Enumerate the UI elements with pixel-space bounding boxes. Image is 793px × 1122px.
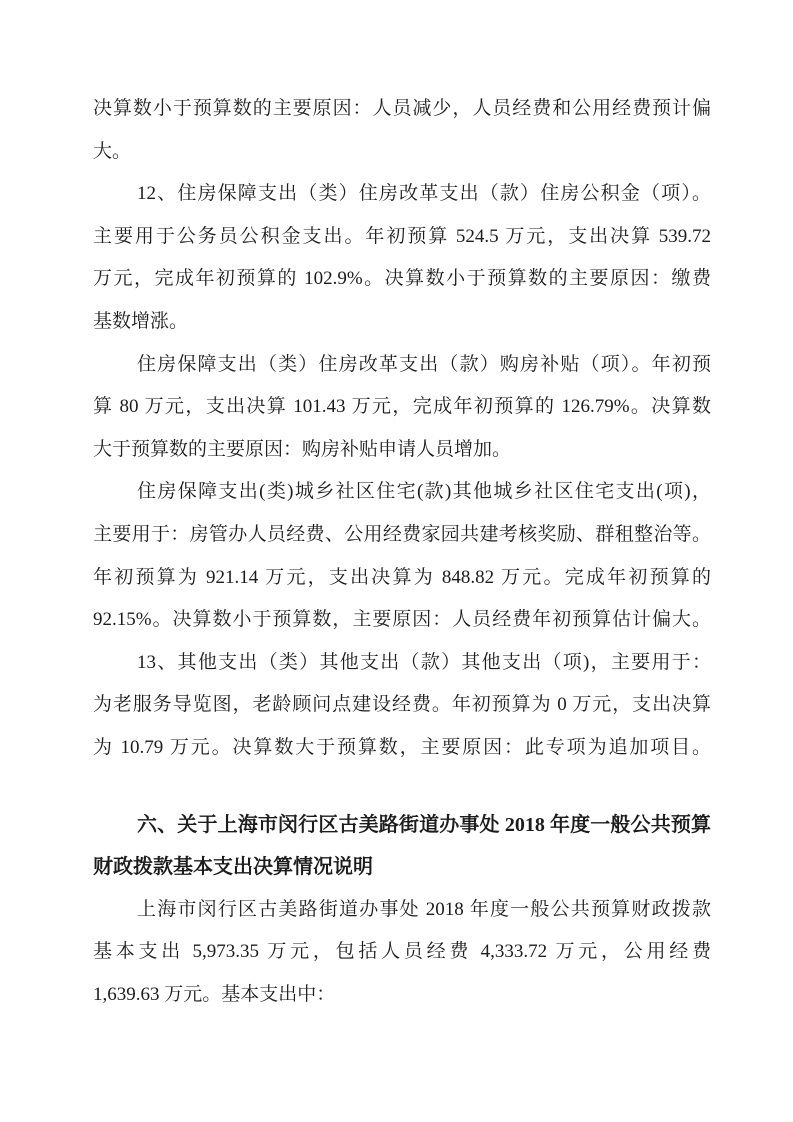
text-line: 主要用于：房管办人员经费、公用经费家园共建考核奖励、群租整治等。 [93, 514, 711, 557]
text-line: 1,639.63 万元。基本支出中： [93, 974, 711, 1017]
section-heading-line: 财政拨款基本支出决算情况说明 [93, 846, 711, 889]
text-line: 13、其他支出（类）其他支出（款）其他支出（项)，主要用于： [93, 642, 711, 685]
text-line: 万元，完成年初预算的 102.9%。决算数小于预算数的主要原因：缴费 [93, 258, 711, 301]
text-line: 决算数小于预算数的主要原因：人员减少，人员经费和公用经费预计偏 [93, 88, 711, 131]
text-line: 大于预算数的主要原因：购房补贴申请人员增加。 [93, 429, 711, 472]
text-line: 为 10.79 万元。决算数大于预算数，主要原因：此专项为追加项目。 [93, 727, 711, 770]
text-line: 92.15%。决算数小于预算数，主要原因：人员经费年初预算估计偏大。 [93, 599, 711, 642]
text-line: 基本支出 5,973.35 万元，包括人员经费 4,333.72 万元，公用经费 [93, 931, 711, 974]
text-line: 算 80 万元，支出决算 101.43 万元，完成年初预算的 126.79%。决… [93, 386, 711, 429]
text-line: 主要用于公务员公积金支出。年初预算 524.5 万元，支出决算 539.72 [93, 216, 711, 259]
text-line: 上海市闵行区古美路街道办事处 2018 年度一般公共预算财政拨款 [93, 889, 711, 932]
text-line: 年初预算为 921.14 万元，支出决算为 848.82 万元。完成年初预算的 [93, 557, 711, 600]
document-page: 决算数小于预算数的主要原因：人员减少，人员经费和公用经费预计偏大。12、住房保障… [0, 0, 793, 1122]
text-line: 12、住房保障支出（类）住房改革支出（款）住房公积金（项）。 [93, 173, 711, 216]
text-line: 住房保障支出（类）住房改革支出（款）购房补贴（项）。年初预 [93, 344, 711, 387]
text-line: 住房保障支出(类)城乡社区住宅(款)其他城乡社区住宅支出(项)， [93, 471, 711, 514]
document-body: 决算数小于预算数的主要原因：人员减少，人员经费和公用经费预计偏大。12、住房保障… [93, 88, 711, 1016]
text-line: 为老服务导览图，老龄顾问点建设经费。年初预算为 0 万元，支出决算 [93, 684, 711, 727]
section-heading-line: 六、关于上海市闵行区古美路街道办事处 2018 年度一般公共预算 [93, 804, 711, 847]
text-line: 大。 [93, 131, 711, 174]
text-line: 基数增涨。 [93, 301, 711, 344]
